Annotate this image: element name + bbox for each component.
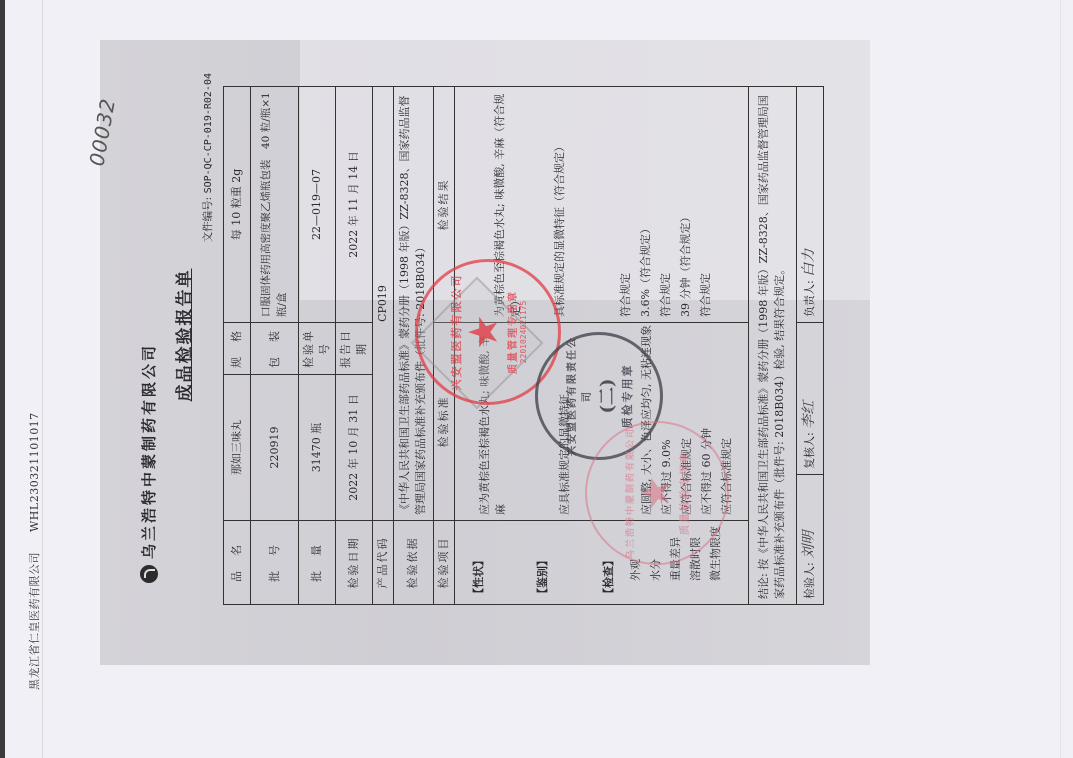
- report-title: 成品检验报告单: [170, 65, 195, 605]
- reviewer-cell: 复核人: 李红: [796, 323, 823, 475]
- test-no: 22—019—07: [299, 87, 336, 323]
- package: 口服固体药用高密度聚乙烯瓶包装 40 粒/瓶×1 瓶/盒: [251, 87, 299, 323]
- company-name: 乌兰浩特中蒙制药有限公司: [138, 343, 159, 583]
- conclusion: 结论: 按《中华人民共和国卫生部药品标准》蒙药分册（1998 年版）ZZ-832…: [748, 87, 796, 605]
- test-result: 符合规定: [698, 92, 718, 317]
- label-test-no: 检验单号: [299, 323, 336, 375]
- test-date: 2022 年 10 月 31 日: [335, 375, 372, 521]
- test-standard: 应符合标准规定: [679, 328, 699, 515]
- standard-identification: 应具标准规定的显微特征: [557, 328, 573, 515]
- test-result: 39 分钟（符合规定）: [678, 92, 698, 317]
- results-column: 为黄棕色至棕褐色水丸; 味微酸, 辛麻（符合规定） 具标准规定的显微特征（符合规…: [454, 87, 748, 323]
- test-standard: 应圆整, 大小、色泽应均匀, 无粘连现象: [639, 328, 659, 515]
- test-item: 溶散时限: [688, 526, 708, 599]
- label-package: 包 装: [251, 323, 299, 375]
- responsible-signature: 白力: [801, 249, 817, 277]
- section-identification: 【鉴别】: [535, 526, 551, 599]
- test-item: 外观: [628, 526, 648, 599]
- result-identification: 具标准规定的显微特征（符合规定）: [552, 92, 568, 317]
- test-result: 符合规定: [658, 92, 678, 317]
- test-standard: 应不得过 60 分钟: [699, 328, 719, 515]
- company-logo-icon: [140, 565, 158, 583]
- reviewer-signature: 李红: [801, 401, 817, 429]
- label-product-name: 品 名: [224, 521, 251, 605]
- col-result: 检验结果: [433, 87, 454, 323]
- test-result: 3.6%（符合规定）: [638, 92, 658, 317]
- label-test-date: 检验日期: [335, 521, 372, 605]
- page-edge: [0, 0, 5, 758]
- side-stamp-company: 黑龙江省仁皇医药有限公司: [28, 552, 41, 690]
- result-appearance: 为黄棕色至棕褐色水丸; 味微酸, 辛麻（符合规定）: [492, 92, 524, 317]
- margin-rule-right: [1060, 0, 1061, 758]
- inspector-signature: 刘明: [801, 531, 817, 559]
- report-date: 2022 年 11 月 14 日: [335, 87, 372, 323]
- col-item: 检验项目: [433, 521, 454, 605]
- label-batch-no: 批 号: [251, 521, 299, 605]
- test-item: 水分: [648, 526, 668, 599]
- product-code: CP019: [372, 87, 393, 521]
- side-stamp-code: WHL23032110101​7: [28, 412, 41, 532]
- inspection-report: 乌兰浩特中蒙制药有限公司 成品检验报告单 文件编号: SOP-QC-CP-019…: [130, 65, 890, 605]
- label-report-date: 报告日期: [335, 323, 372, 375]
- section-tests: 【检查】: [601, 526, 617, 599]
- side-stamp-text: 黑龙江省仁皇医药有限公司 WHL23032110101​7: [26, 330, 52, 690]
- product-name: 那如三味丸: [224, 375, 251, 521]
- batch-qty: 31470 瓶: [299, 375, 336, 521]
- items-column: 【性状】 【鉴别】 【检查】 外观 水分 重量差异 溶散时限 微生物限度: [454, 521, 748, 605]
- test-item: 微生物限度: [708, 526, 728, 599]
- spec: 每 10 粒重 2g: [224, 87, 251, 323]
- inspector-cell: 检验人: 刘明: [796, 475, 823, 605]
- file-number: 文件编号: SOP-QC-CP-019-R02-04: [200, 73, 215, 242]
- test-item: 重量差异: [668, 526, 688, 599]
- test-standard: 应不得过 9.0%: [659, 328, 679, 515]
- label-basis: 检验依据: [393, 521, 433, 605]
- label-spec: 规 格: [224, 323, 251, 375]
- responsible-cell: 负责人: 白力: [796, 87, 823, 323]
- test-standard: 应符合标准规定: [719, 328, 739, 515]
- label-product-code: 产品代码: [372, 521, 393, 605]
- section-appearance: 【性状】: [471, 526, 487, 599]
- label-batch-qty: 批 量: [299, 521, 336, 605]
- test-result: 符合规定: [618, 92, 638, 317]
- batch-no: 220919: [251, 375, 299, 521]
- report-header: 乌兰浩特中蒙制药有限公司 成品检验报告单 文件编号: SOP-QC-CP-019…: [130, 65, 225, 605]
- basis: 《中华人民共和国卫生部药品标准》蒙药分册（1998 年版）ZZ-8328、国家药…: [393, 87, 433, 521]
